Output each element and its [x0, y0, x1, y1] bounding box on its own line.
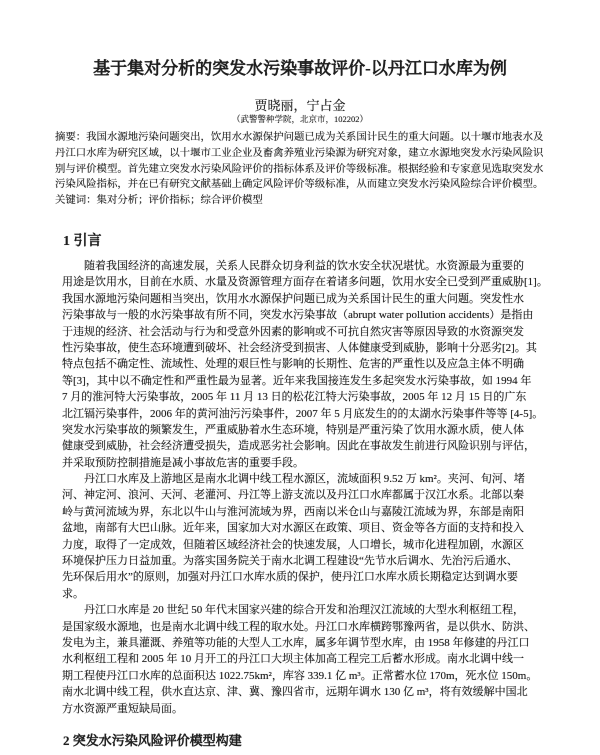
text-line: 河、神定河、浪河、天河、老灌河、丹江等上游支流以及丹江口水库都属于汉江水系。北部… [62, 487, 540, 503]
text-line: 盆地，南部有大巴山脉。近年来，国家加大对水源区在政策、项目、资金等各方面的支持和… [62, 520, 540, 536]
text-line: 并采取预防控制措施是减小事故危害的重要手段。 [62, 455, 540, 471]
intro-paragraph-3: 丹江口水库是 20 世纪 50 年代末国家兴建的综合开发和治理汉江流域的大型水利… [62, 602, 540, 717]
section-2-heading: 2 突发水污染风险评价模型构建 [63, 730, 242, 749]
text-line: 丹江口水库为研究区域，以十堰市工业企业及畜禽养殖业污染源为研究对象，建立水源地突… [55, 146, 547, 162]
text-line: 污染事故与一般的水污染事故有所不同，突发水污染事故（abrupt water p… [62, 307, 540, 323]
text-line: 我国水源地污染问题相当突出，饮用水水源保护问题已成为关系国计民生的重大问题。突发… [62, 291, 540, 307]
text-line: 性污染事故，使生态环境遭到破坏、社会经济受到损害、人体健康受到威胁，影响十分恶劣… [62, 340, 540, 356]
text-line: 摘要：我国水源地污染问题突出，饮用水水源保护问题已成为关系国计民生的重大问题。以… [55, 130, 547, 146]
text-line: 先环保后用水”的原则，加强对丹江口水库水质的保护，使丹江口水库水质长期稳定达到调… [62, 569, 540, 585]
affiliation-line: （武警警种学院，北京市，102202） [0, 113, 600, 125]
text-line: 等[3]，其中以不确定性和严重性最为显著。近年来我国接连发生多起突发水污染事故，… [62, 373, 540, 389]
text-line: 别与评价模型。首先建立突发水污染风险评价的指标体系及评价等级标准。根据经验和专家… [55, 162, 547, 178]
text-line: 污染风险指标，并在已有研究文献基础上确定风险评价等级标准，从而建立突发水污染风险… [55, 177, 547, 193]
text-line: 是国家级水源地，也是南水北调中线工程的取水处。丹江口水库横跨鄂豫两省，是以供水、… [62, 619, 540, 635]
text-line: 于违规的经济、社会活动与行为和受意外因素的影响或不可抗自然灾害等原因导致的水资源… [62, 324, 540, 340]
text-line: 关键词：集对分析；评价指标；综合评价模型 [55, 193, 547, 209]
intro-paragraph-1: 随着我国经济的高速发展，关系人民群众切身利益的饮水安全状况堪忧。水资源最为重要的… [62, 258, 540, 471]
text-line: 丹江口水库是 20 世纪 50 年代末国家兴建的综合开发和治理汉江流域的大型水利… [62, 602, 540, 618]
text-line: 求。 [62, 586, 540, 602]
text-line: 特点包括不确定性、流域性、处理的艰巨性与影响的长期性、危害的严重性以及应急主体不… [62, 356, 540, 372]
section-1-heading: 1 引言 [63, 230, 102, 250]
text-line: 水利枢纽工程和 2005 年 10 月开工的丹江口大坝主体加高工程完工后蓄水形成… [62, 651, 540, 667]
abstract-and-keywords-block: 摘要：我国水源地污染问题突出，饮用水水源保护问题已成为关系国计民生的重大问题。以… [55, 130, 547, 209]
text-line: 健康受到威胁，社会经济遭受损失，造成恶劣社会影响。因此在事故发生前进行风险识别与… [62, 438, 540, 454]
text-line: 北江镉污染事件，2006 年的黄河油污污染事件，2007 年 5 月底发生的的太… [62, 406, 540, 422]
text-line: 丹江口水库及上游地区是南水北调中线工程水源区，流域面积 9.52 万 km²。夹… [62, 471, 540, 487]
introduction-body: 随着我国经济的高速发展，关系人民群众切身利益的饮水安全状况堪忧。水资源最为重要的… [62, 258, 540, 717]
intro-paragraph-2: 丹江口水库及上游地区是南水北调中线工程水源区，流域面积 9.52 万 km²。夹… [62, 471, 540, 602]
authors-line: 贾晓丽，宁占金 [0, 95, 600, 114]
paper-page: 基于集对分析的突发水污染事故评价-以丹江口水库为例 贾晓丽，宁占金 （武警警种学… [0, 0, 600, 755]
text-line: 用途是饮用水，目前在水质、水量及资源管理方面存在着诸多问题，饮用水安全已受到严重… [62, 274, 540, 290]
text-line: 力度，取得了一定成效，但随着区域经济社会的快速发展，人口增长，城市化进程加剧，水… [62, 537, 540, 553]
text-line: 突发水污染事故的频繁发生，严重威胁着水生态环境，特别是严重污染了饮用水源水质，使… [62, 422, 540, 438]
paper-title: 基于集对分析的突发水污染事故评价-以丹江口水库为例 [0, 54, 600, 79]
text-line: 岭与黄河流域为界，东北以牛山与淮河流域为界，西南以米仓山与嘉陵江流域为界，东部是… [62, 504, 540, 520]
text-line: 南水北调中线工程，供水直达京、津、冀、豫四省市，远期年调水 130 亿 m³，将… [62, 684, 540, 700]
text-line: 发电为主，兼具灌溉、养殖等功能的大型人工水库，属多年调节型水库，由 1958 年… [62, 635, 540, 651]
text-line: 7 月的淮河特大污染事故，2005 年 11 月 13 日的松花江特大污染事故，… [62, 389, 540, 405]
text-line: 随着我国经济的高速发展，关系人民群众切身利益的饮水安全状况堪忧。水资源最为重要的 [62, 258, 540, 274]
text-line: 期工程使丹江口水库的总面积达 1022.75km²，库容 339.1 亿 m³。… [62, 668, 540, 684]
text-line: 环境保护压力日益加重。为落实国务院关于南水北调工程建设“先节水后调水、先治污后通… [62, 553, 540, 569]
text-line: 方水资源严重短缺局面。 [62, 701, 540, 717]
